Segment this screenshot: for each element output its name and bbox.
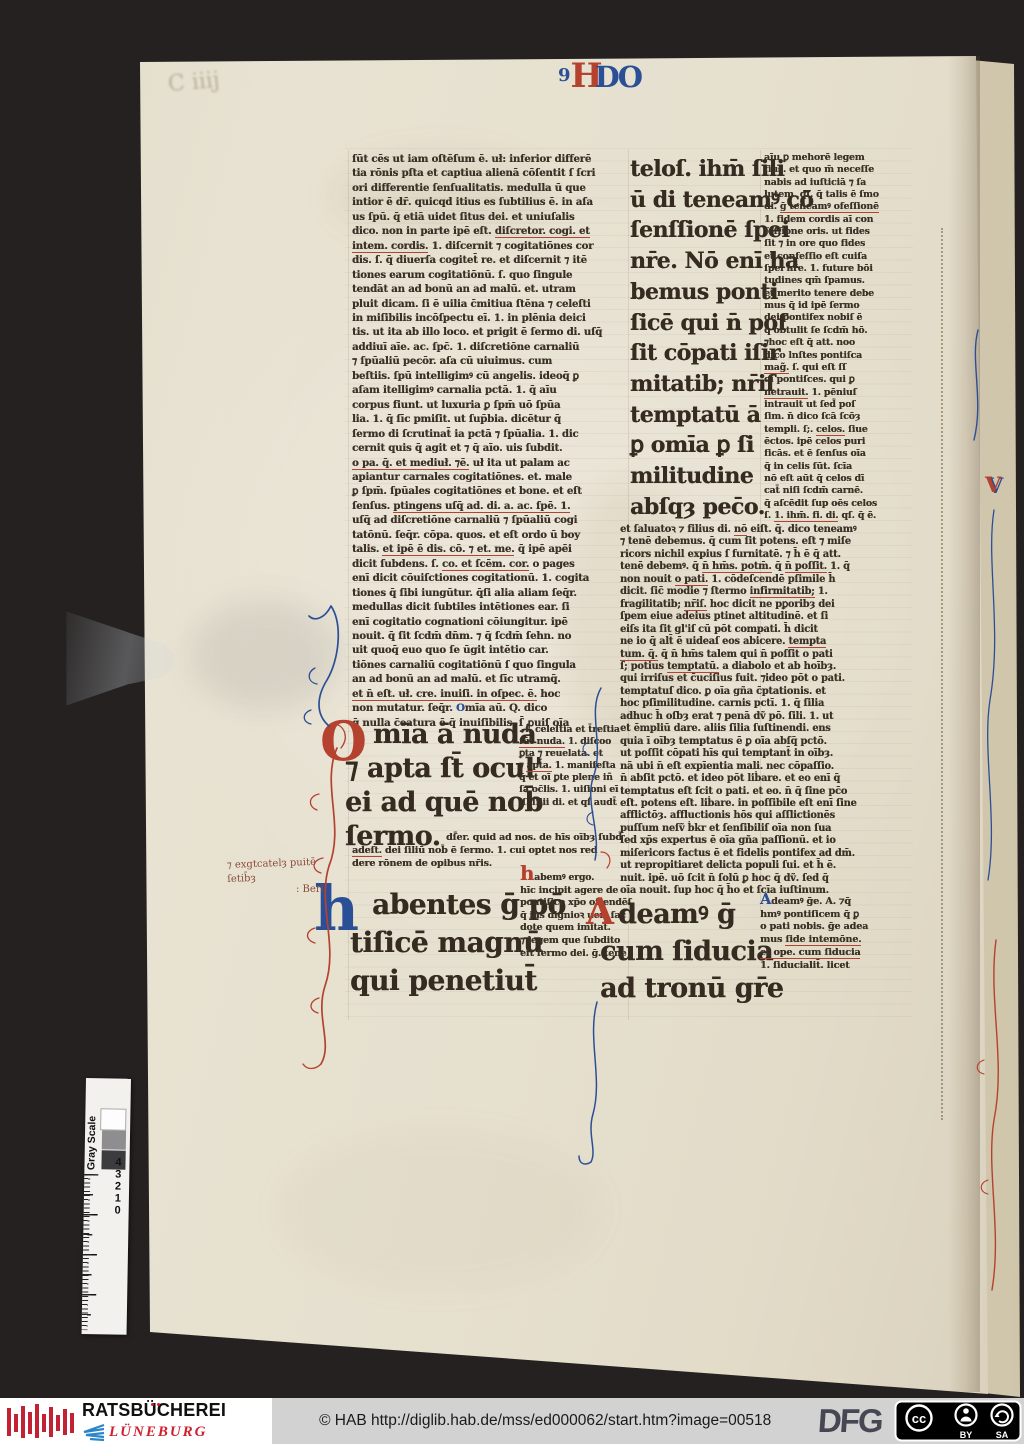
gray-patch-mid [102, 1130, 126, 1149]
blue-letters: DO [595, 60, 641, 94]
gloss-sermo-continuation: adeſt. dei ſiliū nob̄ ē ſermo. 1. cui op… [352, 844, 597, 870]
commentary-lower-right: et ſaluatoꝛ ⁊ filius di. nō eiſt. q̄. di… [620, 524, 912, 898]
ratsbuecherei-logo: RATSBÜCHEREI LÜNEBURG [0, 1398, 272, 1444]
copyright-url[interactable]: © HAB http://diglib.hab.de/mss/ed000062/… [272, 1412, 818, 1430]
logo-line2: LÜNEBURG [109, 1424, 208, 1441]
lemma-adeamus-cum-fiducia: deamꝰ ḡcum ſiduciaad tronū gr̄e [600, 896, 783, 1007]
lemma-hebrews-4-14: teloſ. ihm̄ ſiliū di teneamꝰ cōſenſſionē… [630, 154, 770, 522]
ruler-numbers: 43210 [114, 1157, 121, 1217]
margin-note-extra: : Berı̄ [296, 884, 324, 895]
page-fold-shadow [948, 56, 980, 1392]
ruler-ticks [82, 1174, 130, 1331]
quire-mark: C iiij [167, 68, 221, 97]
parchment-stain [280, 1130, 600, 1290]
photo-canvas: C iiij 9HDO ſūt cēs ut iam oſtēſum ē. uł… [0, 0, 1024, 1444]
gloss-column-right: aīu ꝑ mehorē legemfius. et quo m̄ neceſſ… [764, 152, 912, 522]
gloss-sermo-line: dſ̄er. quid ad nos. de hīs oībȝ ſubd̄ [446, 831, 622, 844]
running-title-mark: 9HDO [558, 56, 641, 96]
gray-patch-dark [101, 1150, 125, 1169]
gray-scale-label: Gray Scale [85, 1084, 98, 1170]
blue-flourish: 9 [558, 65, 571, 86]
sa-label: SA [996, 1430, 1009, 1440]
commentary-column-left: ſūt cēs ut iam oſtēſum ē. uł: inferior d… [352, 152, 628, 730]
cc-letters: cc [912, 1411, 926, 1426]
fore-edge-initial: V [985, 472, 1001, 497]
red-umlaut-dots [151, 1403, 161, 1406]
margin-note: ⁊ exgtcatelȝ puitēſetib̄ȝ [227, 855, 340, 887]
gloss-omnia: . ſ. celeſtia et t̄reſtiaſūt nuda. 1. di… [519, 724, 633, 809]
blue-fan-icon [82, 1422, 106, 1442]
gray-patch-white [100, 1108, 126, 1130]
parchment-smudge [190, 600, 340, 710]
cc-by-sa-badge[interactable]: cc BY SA [894, 1400, 1022, 1442]
red-bars-icon [6, 1402, 76, 1440]
by-label: BY [960, 1430, 973, 1440]
pricking-dots [941, 228, 943, 1120]
gray-scale-ruler: Gray Scale 43210 [82, 1078, 131, 1335]
gloss-adeamus: Adeamꝰ ḡe. A. ⁊q̄hmꝰ pontiſicem q̄ ꝑo pa… [760, 896, 912, 972]
dfg-logo[interactable]: DFG [817, 1402, 883, 1440]
footer-bar: RATSBÜCHEREI LÜNEBURG © HAB http://digli… [0, 1398, 1024, 1444]
